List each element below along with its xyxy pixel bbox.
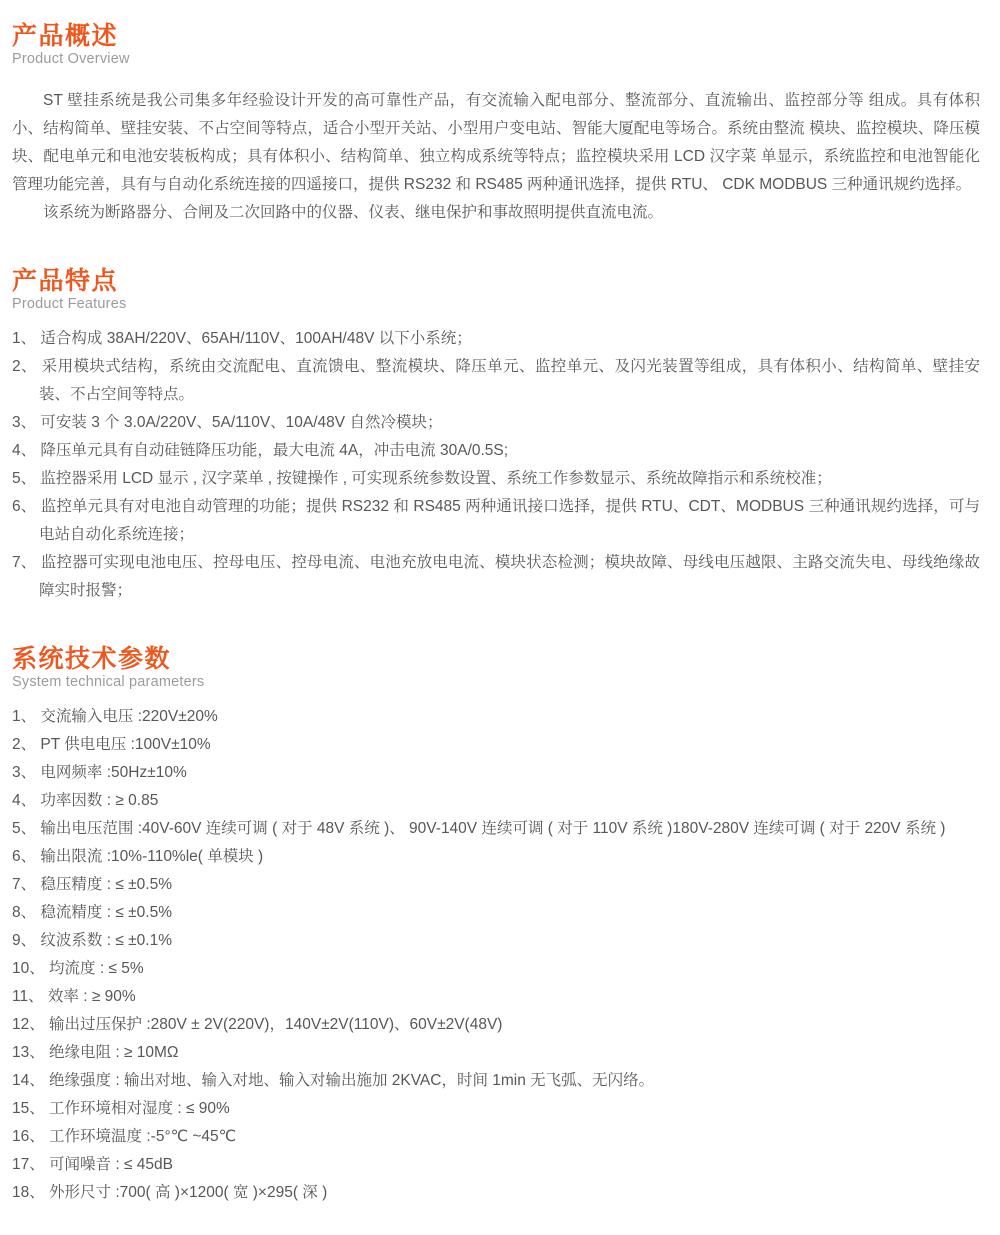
overview-subtitle: Product Overview [12,51,980,68]
page-container: 产品概述 Product Overview ST 壁挂系统是我公司集多年经验设计… [0,0,1000,1235]
parameter-item: 5、 输出电压范围 :40V-60V 连续可调 ( 对于 48V 系统 )、 9… [12,815,980,843]
feature-item: 3、 可安装 3 个 3.0A/220V、5A/110V、10A/48V 自然冷… [12,409,980,437]
parameter-item: 14、 绝缘强度 : 输出对地、输入对地、输入对输出施加 2KVAC，时间 1m… [12,1067,980,1095]
overview-body: ST 壁挂系统是我公司集多年经验设计开发的高可靠性产品，有交流输入配电部分、整流… [12,87,980,227]
features-list: 1、 适合构成 38AH/220V、65AH/110V、100AH/48V 以下… [12,325,980,605]
overview-paragraph-2: 该系统为断路器分、合闸及二次回路中的仪器、仪表、继电保护和事故照明提供直流电流。 [12,199,980,227]
feature-item: 1、 适合构成 38AH/220V、65AH/110V、100AH/48V 以下… [12,325,980,353]
parameter-item: 4、 功率因数 : ≥ 0.85 [12,787,980,815]
parameter-item: 3、 电网频率 :50Hz±10% [12,759,980,787]
parameter-item: 11、 效率 : ≥ 90% [12,983,980,1011]
parameter-item: 1、 交流输入电压 :220V±20% [12,703,980,731]
overview-paragraph-1: ST 壁挂系统是我公司集多年经验设计开发的高可靠性产品，有交流输入配电部分、整流… [12,87,980,199]
parameter-item: 15、 工作环境相对湿度 : ≤ 90% [12,1095,980,1123]
parameter-item: 6、 输出限流 :10%-110%le( 单模块 ) [12,843,980,871]
parameter-item: 17、 可闻噪音 : ≤ 45dB [12,1151,980,1179]
feature-item: 4、 降压单元具有自动硅链降压功能，最大电流 4A，冲击电流 30A/0.5S; [12,437,980,465]
overview-title: 产品概述 [12,22,980,50]
features-title: 产品特点 [12,267,980,295]
parameters-list: 1、 交流输入电压 :220V±20% 2、 PT 供电电压 :100V±10%… [12,703,980,1207]
section-overview: 产品概述 Product Overview ST 壁挂系统是我公司集多年经验设计… [12,0,980,227]
feature-item: 6、 监控单元具有对电池自动管理的功能；提供 RS232 和 RS485 两种通… [12,493,980,549]
feature-item: 2、 采用模块式结构，系统由交流配电、直流馈电、整流模块、降压单元、监控单元、及… [12,353,980,409]
feature-item: 7、 监控器可实现电池电压、控母电压、控母电流、电池充放电电流、模块状态检测；模… [12,549,980,605]
parameter-item: 16、 工作环境温度 :-5°℃ ~45℃ [12,1123,980,1151]
parameter-item: 18、 外形尺寸 :700( 高 )×1200( 宽 )×295( 深 ) [12,1179,980,1207]
parameter-item: 8、 稳流精度 : ≤ ±0.5% [12,899,980,927]
parameter-item: 12、 输出过压保护 :280V ± 2V(220V)，140V±2V(110V… [12,1011,980,1039]
feature-item: 5、 监控器采用 LCD 显示 , 汉字菜单 , 按键操作 , 可实现系统参数设… [12,465,980,493]
parameters-title: 系统技术参数 [12,645,980,673]
parameter-item: 10、 均流度 : ≤ 5% [12,955,980,983]
parameters-subtitle: System technical parameters [12,674,980,691]
parameter-item: 9、 纹波系数 : ≤ ±0.1% [12,927,980,955]
features-subtitle: Product Features [12,296,980,313]
section-parameters: 系统技术参数 System technical parameters 1、 交流… [12,645,980,1207]
parameter-item: 13、 绝缘电阻 : ≥ 10MΩ [12,1039,980,1067]
parameter-item: 2、 PT 供电电压 :100V±10% [12,731,980,759]
section-features: 产品特点 Product Features 1、 适合构成 38AH/220V、… [12,267,980,605]
parameter-item: 7、 稳压精度 : ≤ ±0.5% [12,871,980,899]
